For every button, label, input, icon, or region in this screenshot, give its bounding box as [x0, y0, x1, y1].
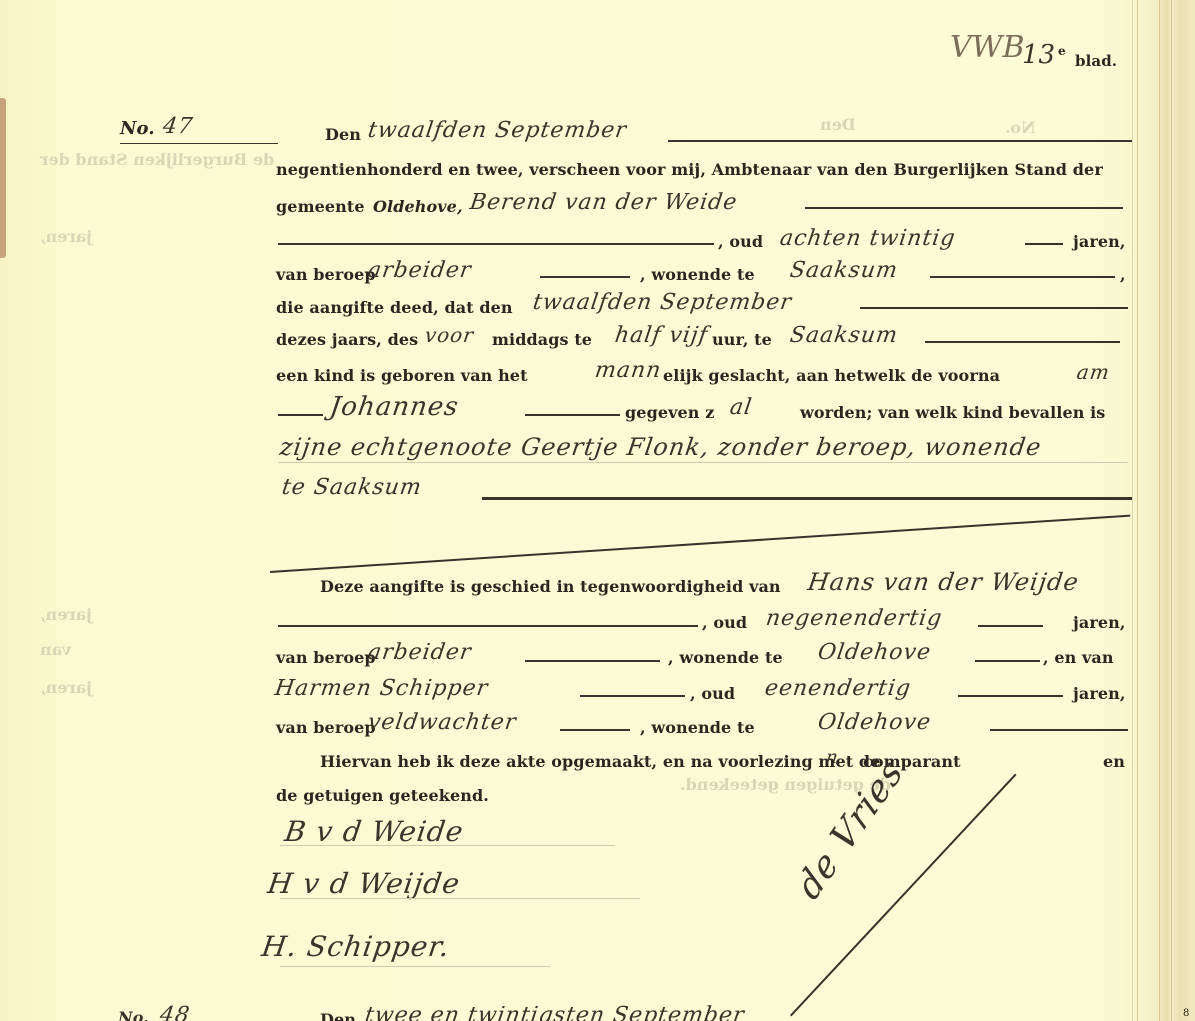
daypart: voor	[423, 323, 475, 347]
witness2-name: Harmen Schipper	[273, 676, 490, 701]
register-page: Den No. de Burgerlijken Stand der jaren,…	[0, 0, 1195, 1021]
header-initials: VWB	[950, 30, 1025, 65]
name-fill-line	[805, 207, 1123, 209]
birth-date-fill-line	[860, 307, 1128, 309]
mother-line: zijne echtgenoote Geertje Flonk, zonder …	[278, 433, 1043, 461]
page-number: 13	[1022, 40, 1055, 70]
record-no-underline	[120, 143, 278, 144]
record-no-label: No.	[120, 118, 155, 139]
bleed-through-van: van	[40, 640, 71, 659]
closing-line1-end: en	[1103, 752, 1125, 771]
witness1-age: negenendertig	[764, 606, 944, 631]
signature-witness2: H. Schipper.	[260, 930, 452, 963]
wonende-label: , wonende te	[640, 265, 755, 284]
witness2-occupation: veldwachter	[366, 710, 518, 735]
voornaam-suffix: am	[1075, 360, 1111, 384]
gender-printed-suffix: elijk geslacht, aan hetwelk de voorna	[663, 366, 1000, 385]
bleed-through-jaren-2: jaren,	[40, 605, 92, 624]
bleed-through-jaren: jaren,	[40, 227, 92, 246]
en-van-label: , en van	[1043, 648, 1114, 667]
witness1-residence: Oldehove	[816, 640, 933, 665]
date-fill-line	[668, 140, 1136, 142]
w1-age-fill-line	[978, 625, 1043, 627]
strike-diagonal	[270, 515, 1130, 573]
worden-label: worden; van welk kind bevallen is	[800, 403, 1105, 422]
w2-oud-label: , oud	[690, 684, 735, 703]
next-record-den-label: Den	[320, 1010, 356, 1021]
occupation-fill-line	[540, 276, 630, 278]
kind-label: een kind is geboren van het	[276, 366, 528, 385]
name-continuation-line	[278, 243, 714, 245]
birth-place: Saaksum	[788, 323, 899, 348]
signature-declarant: B v d Weide	[283, 815, 466, 848]
declarant-name: Berend van der Weide	[468, 190, 739, 215]
child-name-fill-line	[525, 414, 620, 416]
signature-rule-2	[280, 898, 640, 899]
w2-jaren-label: jaren,	[1073, 684, 1126, 703]
zal-suffix: al	[728, 395, 754, 420]
left-binding	[0, 98, 6, 258]
closing-line1: Hiervan heb ik deze akte opgemaakt, en n…	[320, 752, 880, 771]
gegeven-label: gegeven z	[625, 403, 714, 422]
declarant-residence: Saaksum	[788, 258, 899, 283]
witness-intro: Deze aangifte is geschied in tegenwoordi…	[320, 577, 781, 596]
gender-written: mann	[593, 358, 663, 383]
bleed-through-stand: de Burgerlijken Stand der	[40, 150, 274, 169]
next-record-no-label: No.	[118, 1008, 149, 1021]
bleed-through-den: Den	[820, 115, 856, 134]
oud-label: , oud	[718, 232, 763, 251]
corner-mark: 8	[1183, 1008, 1189, 1019]
signature-rule-1	[280, 845, 615, 846]
bleed-through-no: No.	[1005, 118, 1036, 137]
printed-line-2: negentienhonderd en twee, verscheen voor…	[276, 160, 1103, 179]
witness2-residence: Oldehove	[816, 710, 933, 735]
age-fill-line	[1025, 243, 1063, 245]
residence-fill-line	[930, 276, 1115, 278]
mother-rule	[278, 462, 1128, 463]
birth-date: twaalfden September	[531, 290, 793, 315]
beroep-label: van beroep	[276, 265, 376, 284]
w2-occupation-fill-line	[560, 729, 630, 731]
w1-oud-label: , oud	[702, 613, 747, 632]
birth-time: half vijf	[613, 323, 709, 348]
comma: ,	[1120, 265, 1126, 284]
jaren-label: jaren,	[1073, 232, 1126, 251]
gemeente-label: gemeente	[276, 197, 365, 216]
middags-label: middags te	[492, 330, 592, 349]
bleed-through-jaren-3: jaren,	[40, 678, 92, 697]
w1-wonende-label: , wonende te	[668, 648, 783, 667]
blad-label: blad.	[1075, 52, 1117, 70]
closing-line2: de getuigen geteekend.	[276, 786, 489, 805]
declarant-age: achten twintig	[778, 226, 957, 251]
signature-rule-3	[280, 966, 550, 967]
child-name: Johannes	[328, 392, 461, 422]
w1-name-continuation-line	[278, 625, 698, 627]
closing-fill-line	[482, 497, 1132, 500]
child-name-lead-line	[278, 414, 323, 416]
declarant-occupation: arbeider	[366, 258, 473, 283]
next-record-number: 48	[158, 1003, 192, 1021]
dezes-label: dezes jaars, des	[276, 330, 418, 349]
w2-beroep-label: van beroep	[276, 718, 376, 737]
den-label: Den	[325, 125, 361, 144]
w1-occupation-fill-line	[525, 660, 660, 662]
witness1-name: Hans van der Weijde	[806, 568, 1081, 596]
next-record-date: twee en twintigsten September	[363, 1003, 746, 1021]
w2-wonende-label: , wonende te	[640, 718, 755, 737]
uur-label: uur, te	[712, 330, 772, 349]
w2-name-fill-line	[580, 695, 685, 697]
witness2-age: eenendertig	[763, 676, 912, 701]
signature-witness1: H v d Weijde	[266, 867, 463, 900]
w1-residence-fill-line	[975, 660, 1040, 662]
w1-beroep-label: van beroep	[276, 648, 376, 667]
aangifte-label: die aangifte deed, dat den	[276, 298, 513, 317]
w2-age-fill-line	[958, 695, 1063, 697]
w1-jaren-label: jaren,	[1073, 613, 1126, 632]
registration-date: twaalfden September	[366, 118, 628, 143]
gemeente-name: Oldehove,	[373, 197, 463, 216]
birth-place-fill-line	[925, 341, 1120, 343]
record-number: 47	[161, 114, 195, 139]
witness1-occupation: arbeider	[366, 640, 473, 665]
w2-residence-fill-line	[990, 729, 1128, 731]
mother-residence: te Saaksum	[280, 475, 423, 500]
page-edge	[1132, 0, 1195, 1021]
page-number-suffix: e	[1058, 44, 1066, 58]
